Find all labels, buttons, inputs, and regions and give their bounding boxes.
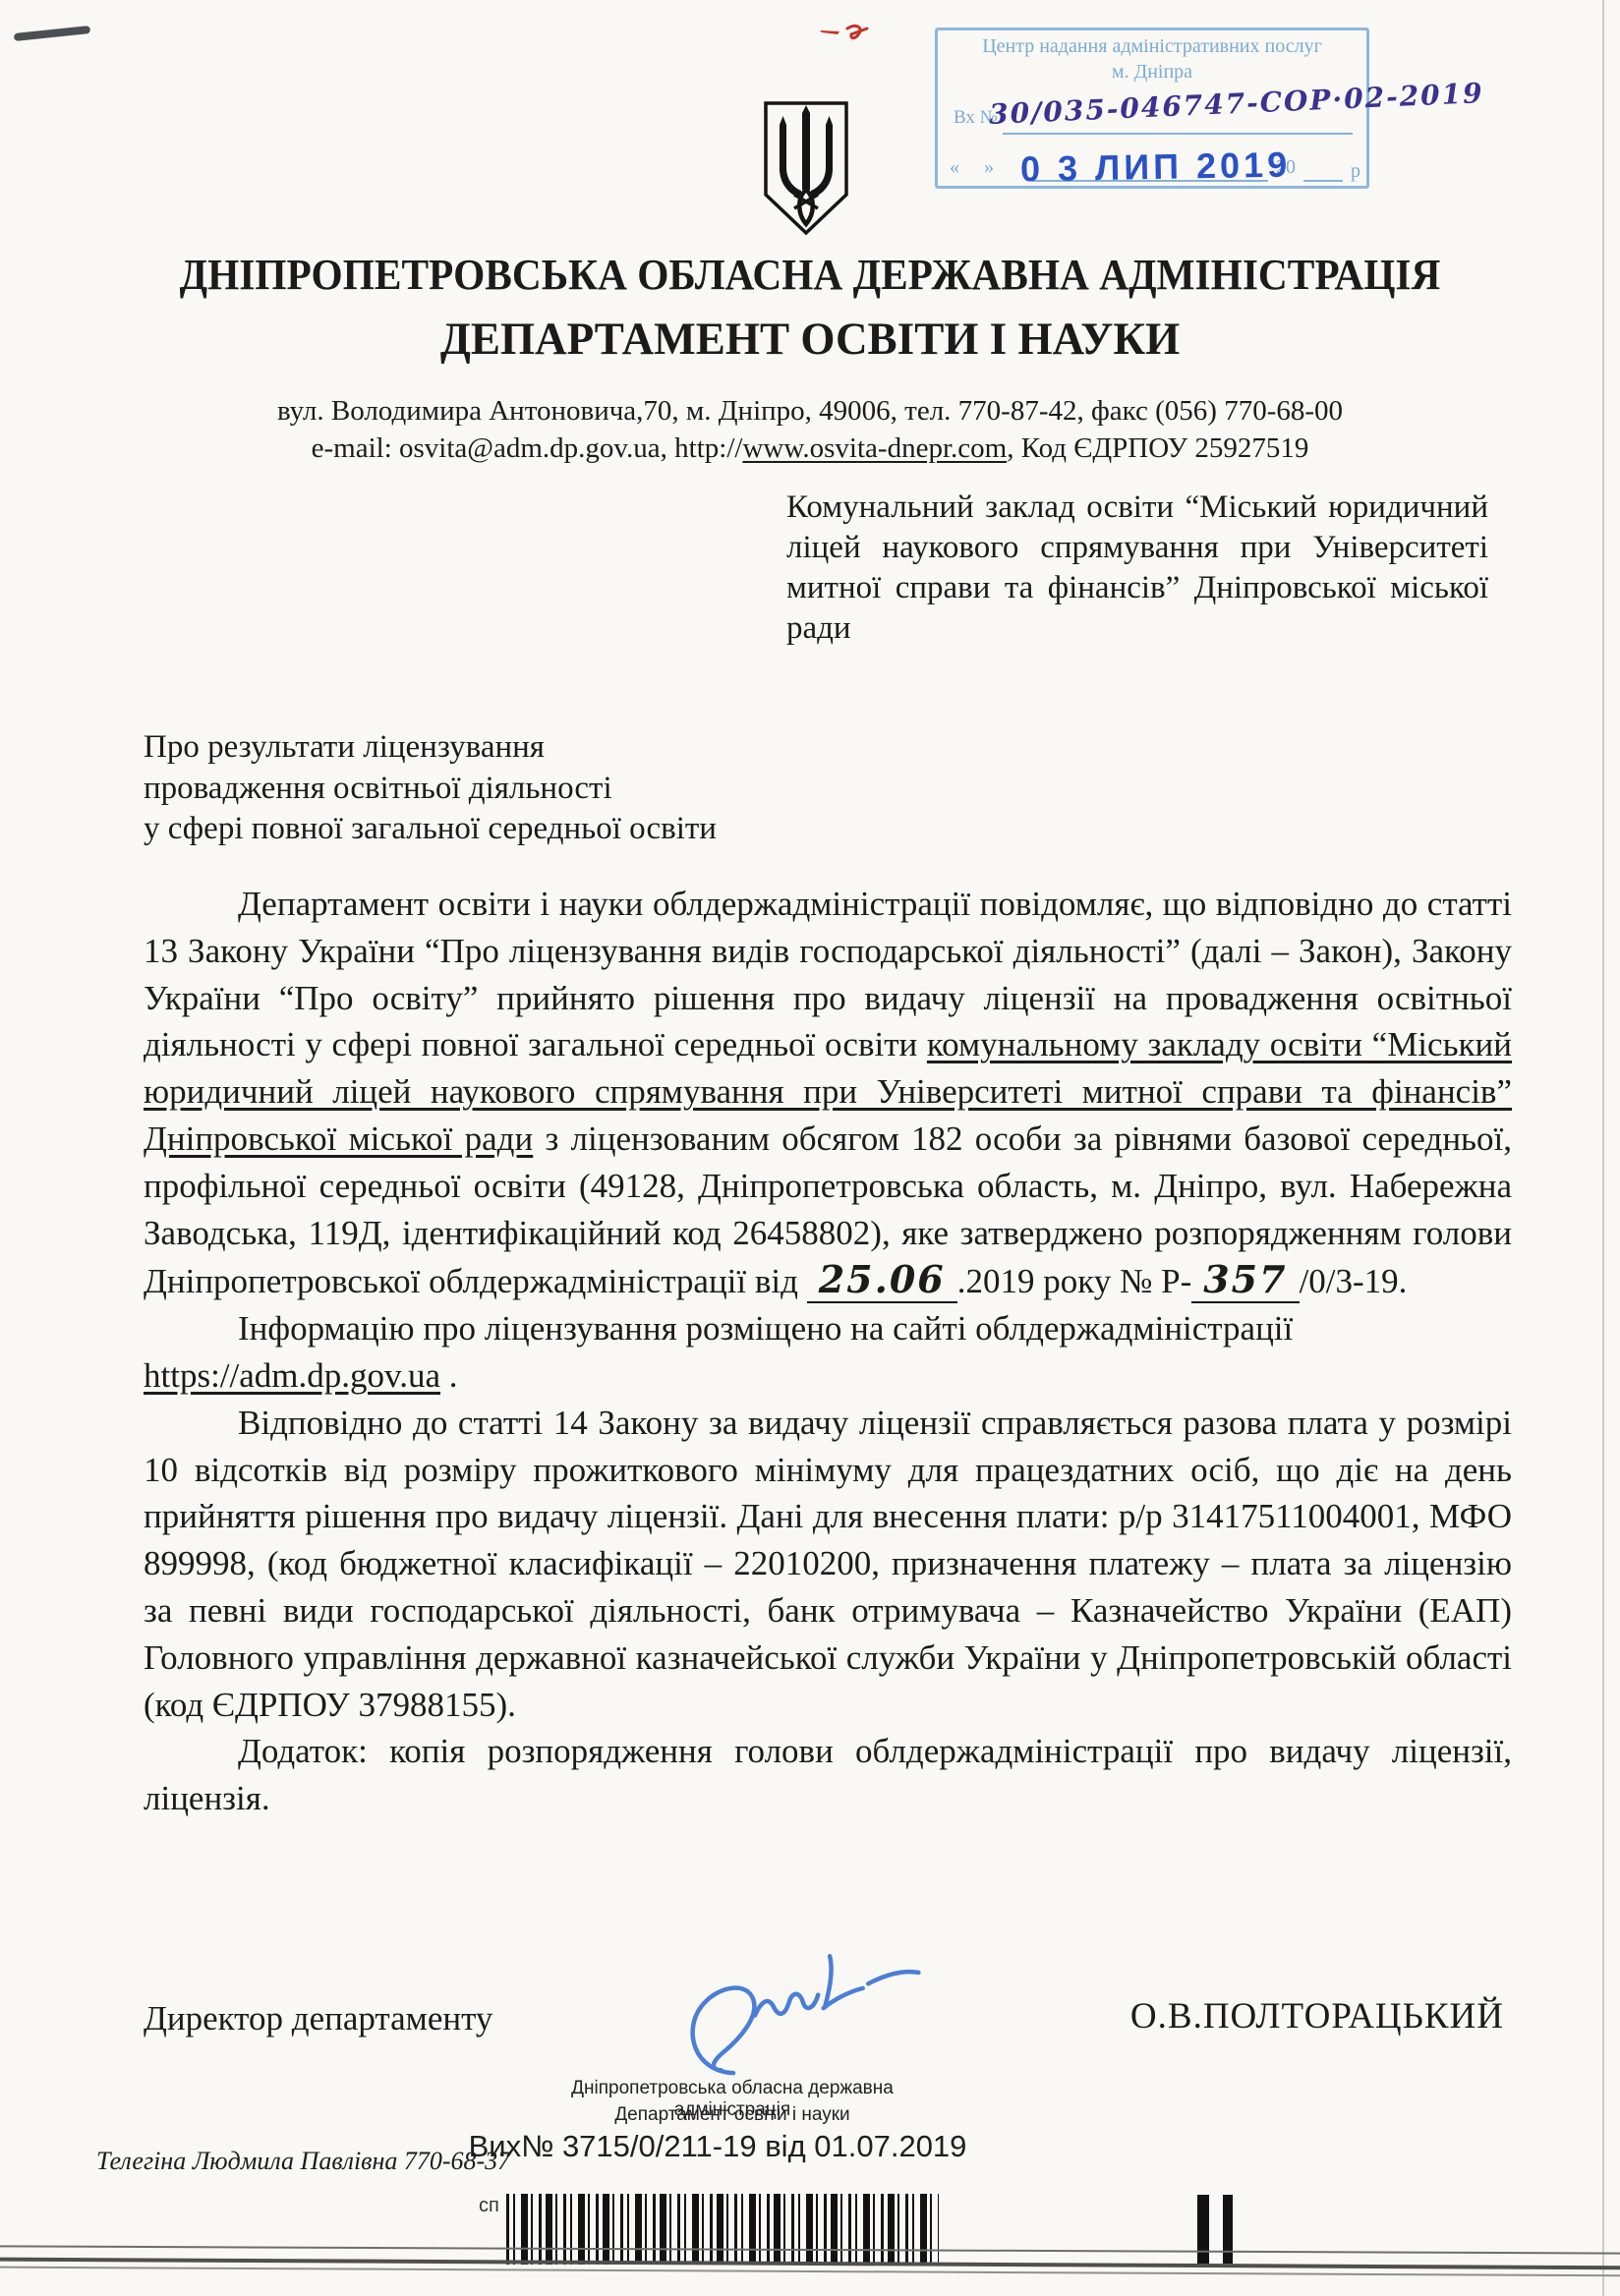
scan-artifact-dash	[14, 26, 90, 41]
subject-line3: у сфері повної загальної середньої освіт…	[144, 809, 717, 850]
intake-entry-number-handwritten: 30/035-046747-СОР·02-2019	[989, 77, 1485, 131]
barcode	[506, 2194, 939, 2265]
red-pen-mark-icon	[814, 16, 897, 49]
outgoing-stamp-dept: Департамент освіти і науки	[526, 2104, 939, 2126]
body-paragraph-2: Інформацію про ліцензування розміщено на…	[144, 1305, 1512, 1400]
scanned-letter-page: Центр надання адміністративних послуг м.…	[0, 0, 1620, 2296]
letterhead-contacts: e-mail: osvita@adm.dp.gov.ua, http://www…	[0, 432, 1620, 465]
para2-site-link: https://adm.dp.gov.ua	[144, 1356, 440, 1395]
signature-scribble	[668, 1948, 963, 2076]
para2-seg1: Інформацію про ліцензування розміщено на…	[238, 1309, 1293, 1348]
letterhead-dept-name: ДЕПАРТАМЕНТ ОСВІТИ І НАУКИ	[32, 313, 1588, 366]
barcode-tail-bars	[1197, 2195, 1246, 2264]
trident-emblem-icon	[759, 98, 853, 242]
letterhead-address: вул. Володимира Антоновича,70, м. Дніпро…	[0, 395, 1620, 428]
letterhead-org-name: ДНІПРОПЕТРОВСЬКА ОБЛАСНА ДЕРЖАВНА АДМІНІ…	[48, 250, 1571, 300]
para1-handwritten-number: 357	[1191, 1257, 1299, 1303]
letter-body: Департамент освіти і науки облдержадміні…	[144, 881, 1512, 1822]
para1-seg3: .2019 року № Р-	[957, 1262, 1192, 1300]
executor-line: Телегіна Людмила Павлівна 770-68-37	[96, 2147, 510, 2176]
recipient-block: Комунальний заклад освіти “Міський юриди…	[786, 488, 1488, 649]
subject-block: Про результати ліцензування провадження …	[144, 727, 717, 850]
letterhead-contacts-prefix: e-mail: osvita@adm.dp.gov.ua, http://	[312, 432, 743, 464]
intake-entry-underline	[1003, 133, 1353, 135]
intake-stamp-org-line1: Центр надання адміністративних послуг	[938, 35, 1366, 58]
intake-year-suffix: р	[1351, 160, 1360, 183]
subject-line2: провадження освітньої діяльності	[144, 769, 717, 810]
para1-seg4: /0/3-19.	[1300, 1262, 1408, 1300]
body-paragraph-3: Відповідно до статті 14 Закону за видачу…	[144, 1400, 1512, 1729]
para2-seg2: .	[440, 1356, 458, 1395]
letterhead-website-link: www.osvita-dnepr.com	[742, 432, 1007, 464]
intake-year-underline	[1303, 180, 1343, 182]
barcode-label: сп	[479, 2195, 499, 2217]
intake-day-quotes: « »	[950, 156, 1004, 179]
subject-line1: Про результати ліцензування	[144, 727, 717, 769]
para1-handwritten-date: 25.06	[807, 1257, 957, 1303]
paper-edge-line	[1602, 0, 1604, 2296]
letterhead-contacts-suffix: , Код ЄДРПОУ 25927519	[1007, 432, 1308, 464]
intake-stamp-org-line2: м. Дніпра	[938, 61, 1366, 84]
intake-date-stamp: 0 3 ЛИП 2019	[1020, 144, 1292, 191]
body-paragraph-1: Департамент освіти і науки облдержадміні…	[144, 881, 1512, 1305]
outgoing-number-stamp: Вих№ 3715/0/211-19 від 01.07.2019	[442, 2129, 993, 2164]
signatory-name: О.В.ПОЛТОРАЦЬКИЙ	[1130, 1995, 1504, 2038]
intake-stamp: Центр надання адміністративних послуг м.…	[935, 28, 1369, 189]
signatory-position: Директор департаменту	[144, 1999, 492, 2038]
body-paragraph-4: Додаток: копія розпорядження голови облд…	[144, 1728, 1512, 1822]
